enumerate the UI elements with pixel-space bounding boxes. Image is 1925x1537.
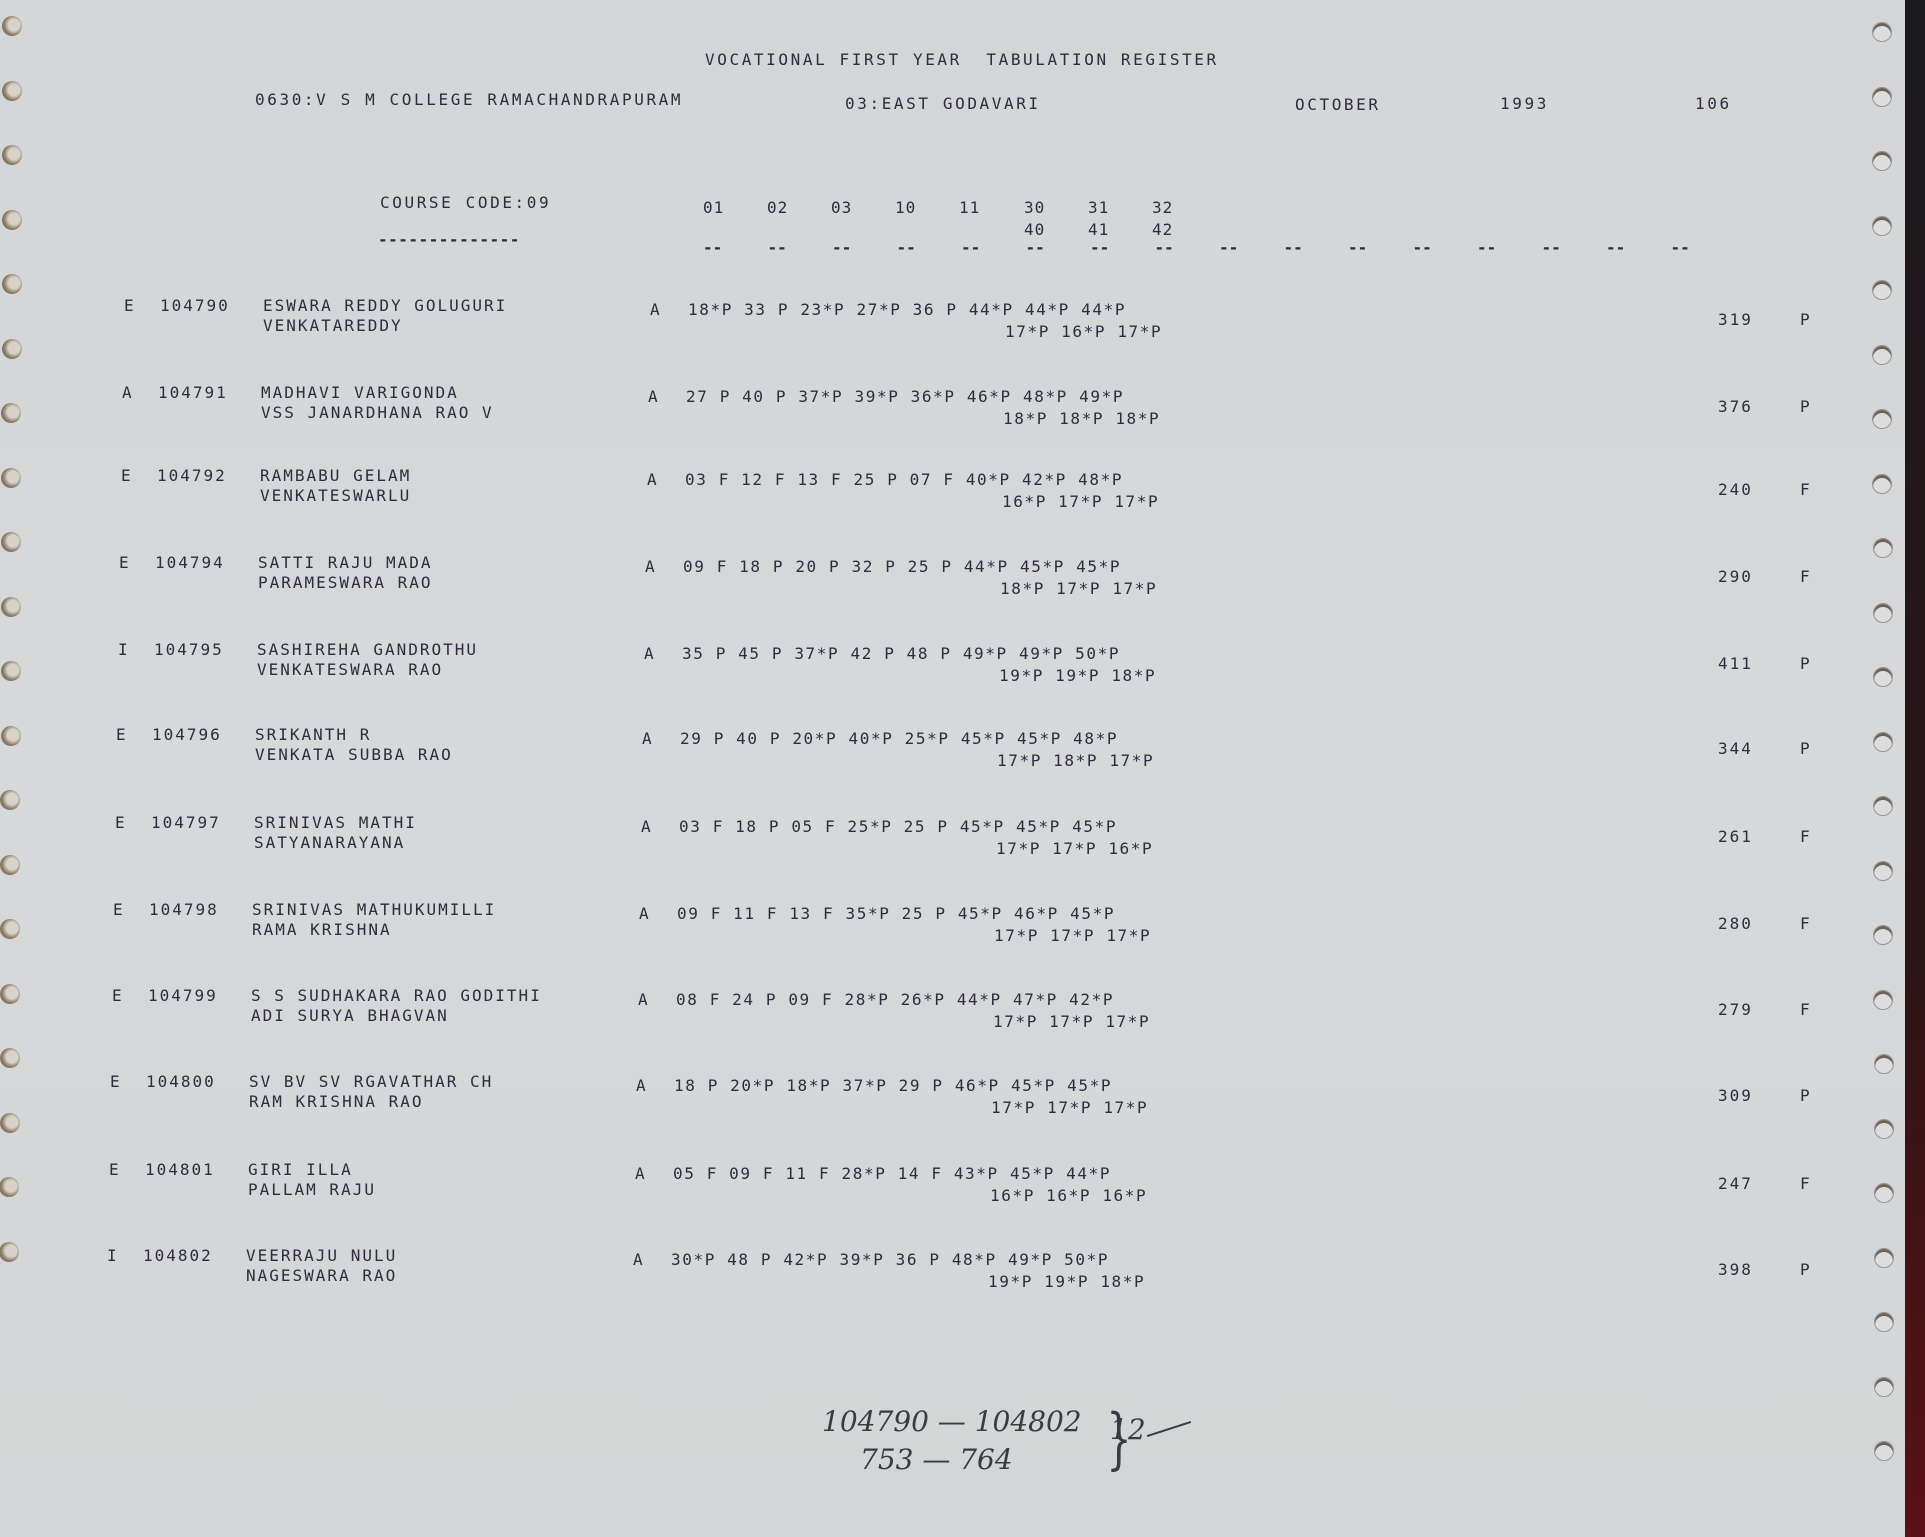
parent-name: VSS JANARDHANA RAO V <box>261 403 494 422</box>
result-status: F <box>1800 827 1812 846</box>
binder-hole <box>1 532 21 552</box>
subject-code: 31 <box>1088 198 1109 217</box>
medium-code: A <box>642 729 654 748</box>
subject-marks-secondary: 16*P 17*P 17*P <box>1002 492 1159 511</box>
handwritten-tick-mark <box>1147 1421 1191 1437</box>
register-number: 104801 <box>145 1160 215 1179</box>
subject-marks: 35 P 45 P 37*P 42 P 48 P 49*P 49*P 50*P <box>682 644 1120 663</box>
student-record-row: E104796SRIKANTH RVENKATA SUBBA RAOA29 P … <box>0 725 1905 785</box>
column-dash: -- <box>1671 238 1690 257</box>
student-record-row: A104791MADHAVI VARIGONDAVSS JANARDHANA R… <box>0 383 1905 443</box>
category-code: E <box>115 813 127 832</box>
student-name: SASHIREHA GANDROTHU <box>257 640 478 659</box>
subject-marks-secondary: 17*P 17*P 17*P <box>994 926 1151 945</box>
subject-code: 32 <box>1152 198 1173 217</box>
course-code-underline: -------------- <box>378 230 520 249</box>
parent-name: RAMA KRISHNA <box>252 920 392 939</box>
handwritten-regno-range: 104790 — 104802 <box>822 1405 1082 1438</box>
subject-code: 03 <box>831 198 852 217</box>
register-number: 104799 <box>148 986 218 1005</box>
subject-marks: 08 F 24 P 09 F 28*P 26*P 44*P 47*P 42*P <box>676 990 1114 1009</box>
binder-hole <box>1872 87 1892 107</box>
category-code: I <box>118 640 130 659</box>
register-number: 104792 <box>157 466 227 485</box>
total-marks: 376 <box>1718 397 1753 416</box>
student-name: SV BV SV RGAVATHAR CH <box>249 1072 493 1091</box>
register-number: 104802 <box>143 1246 213 1265</box>
total-marks: 261 <box>1718 827 1753 846</box>
medium-code: A <box>645 557 657 576</box>
subject-marks-secondary: 17*P 17*P 17*P <box>993 1012 1150 1031</box>
parent-name: VENKATESWARLU <box>260 486 411 505</box>
medium-code: A <box>641 817 653 836</box>
parent-name: NAGESWARA RAO <box>246 1266 397 1285</box>
student-name: MADHAVI VARIGONDA <box>261 383 459 402</box>
column-dash: -- <box>1542 238 1561 257</box>
result-status: P <box>1800 397 1812 416</box>
subject-code: 11 <box>959 198 980 217</box>
column-dash: -- <box>703 238 722 257</box>
binder-hole <box>1872 216 1892 236</box>
result-status: P <box>1800 739 1812 758</box>
result-status: P <box>1800 1260 1812 1279</box>
binder-hole <box>2 16 22 36</box>
total-marks: 398 <box>1718 1260 1753 1279</box>
medium-code: A <box>636 1076 648 1095</box>
column-dash: -- <box>1413 238 1432 257</box>
subject-code-secondary: 42 <box>1152 220 1173 239</box>
register-number: 104796 <box>152 725 222 744</box>
subject-marks-secondary: 17*P 17*P 16*P <box>996 839 1153 858</box>
student-name: S S SUDHAKARA RAO GODITHI <box>251 986 542 1005</box>
register-number: 104797 <box>151 813 221 832</box>
total-marks: 344 <box>1718 739 1753 758</box>
total-marks: 247 <box>1718 1174 1753 1193</box>
subject-marks-secondary: 17*P 18*P 17*P <box>997 751 1154 770</box>
student-record-row: I104795SASHIREHA GANDROTHUVENKATESWARA R… <box>0 640 1905 700</box>
medium-code: A <box>648 387 660 406</box>
binder-hole <box>1874 1054 1894 1074</box>
student-name: RAMBABU GELAM <box>260 466 411 485</box>
result-status: F <box>1800 1174 1812 1193</box>
subject-marks: 18 P 20*P 18*P 37*P 29 P 46*P 45*P 45*P <box>674 1076 1112 1095</box>
register-page: VOCATIONAL FIRST YEAR TABULATION REGISTE… <box>0 0 1905 1537</box>
subject-marks-secondary: 17*P 16*P 17*P <box>1005 322 1162 341</box>
subject-code: 30 <box>1024 198 1045 217</box>
subject-code: 10 <box>895 198 916 217</box>
category-code: A <box>122 383 134 402</box>
student-record-row: I104802VEERRAJU NULUNAGESWARA RAOA30*P 4… <box>0 1246 1905 1306</box>
medium-code: A <box>638 990 650 1009</box>
parent-name: SATYANARAYANA <box>254 833 405 852</box>
medium-code: A <box>647 470 659 489</box>
subject-code: 02 <box>767 198 788 217</box>
register-number: 104791 <box>158 383 228 402</box>
student-name: SRINIVAS MATHUKUMILLI <box>252 900 496 919</box>
handwritten-count: 12 <box>1110 1413 1146 1446</box>
column-dash: -- <box>897 238 916 257</box>
result-status: F <box>1800 1000 1812 1019</box>
subject-marks: 27 P 40 P 37*P 39*P 36*P 46*P 48*P 49*P <box>686 387 1124 406</box>
medium-code: A <box>635 1164 647 1183</box>
total-marks: 290 <box>1718 567 1753 586</box>
course-code-label: COURSE CODE:09 <box>380 193 551 212</box>
register-number: 104794 <box>155 553 225 572</box>
result-status: P <box>1800 654 1812 673</box>
student-record-row: E104798SRINIVAS MATHUKUMILLIRAMA KRISHNA… <box>0 900 1905 960</box>
parent-name: RAM KRISHNA RAO <box>249 1092 424 1111</box>
student-record-row: E104799S S SUDHAKARA RAO GODITHIADI SURY… <box>0 986 1905 1046</box>
column-dash: -- <box>1284 238 1303 257</box>
parent-name: PALLAM RAJU <box>248 1180 376 1199</box>
total-marks: 411 <box>1718 654 1753 673</box>
subject-code: 01 <box>703 198 724 217</box>
subject-marks-secondary: 18*P 17*P 17*P <box>1000 579 1157 598</box>
total-marks: 319 <box>1718 310 1753 329</box>
student-record-row: E104801GIRI ILLAPALLAM RAJUA05 F 09 F 11… <box>0 1160 1905 1220</box>
category-code: I <box>107 1246 119 1265</box>
result-status: P <box>1800 1086 1812 1105</box>
binding-edge <box>1905 0 1925 1537</box>
total-marks: 309 <box>1718 1086 1753 1105</box>
subject-marks: 18*P 33 P 23*P 27*P 36 P 44*P 44*P 44*P <box>688 300 1126 319</box>
binder-hole <box>1874 1377 1894 1397</box>
subject-marks-secondary: 19*P 19*P 18*P <box>999 666 1156 685</box>
binder-hole <box>1872 151 1892 171</box>
medium-code: A <box>633 1250 645 1269</box>
column-dash: -- <box>832 238 851 257</box>
register-number: 104790 <box>160 296 230 315</box>
register-number: 104795 <box>154 640 224 659</box>
binder-hole <box>0 790 20 810</box>
subject-marks: 03 F 18 P 05 F 25*P 25 P 45*P 45*P 45*P <box>679 817 1117 836</box>
subject-marks: 30*P 48 P 42*P 39*P 36 P 48*P 49*P 50*P <box>671 1250 1109 1269</box>
column-dash: -- <box>1348 238 1367 257</box>
column-dash: -- <box>1606 238 1625 257</box>
column-dash: -- <box>1155 238 1174 257</box>
student-name: SRINIVAS MATHI <box>254 813 417 832</box>
total-marks: 279 <box>1718 1000 1753 1019</box>
student-record-row: E104792RAMBABU GELAMVENKATESWARLUA03 F 1… <box>0 466 1905 526</box>
student-name: GIRI ILLA <box>248 1160 353 1179</box>
subject-marks: 09 F 18 P 20 P 32 P 25 P 44*P 45*P 45*P <box>683 557 1121 576</box>
subject-code-secondary: 41 <box>1088 220 1109 239</box>
exam-year: 1993 <box>1500 94 1549 113</box>
category-code: E <box>109 1160 121 1179</box>
binder-hole <box>1874 1441 1894 1461</box>
subject-marks-secondary: 19*P 19*P 18*P <box>988 1272 1145 1291</box>
total-marks: 280 <box>1718 914 1753 933</box>
parent-name: VENKATAREDDY <box>263 316 403 335</box>
subject-marks-secondary: 16*P 16*P 16*P <box>990 1186 1147 1205</box>
parent-name: VENKATA SUBBA RAO <box>255 745 453 764</box>
subject-marks-secondary: 17*P 17*P 17*P <box>991 1098 1148 1117</box>
register-number: 104800 <box>146 1072 216 1091</box>
result-status: F <box>1800 567 1812 586</box>
page-number: 106 <box>1695 94 1732 113</box>
subject-marks-secondary: 18*P 18*P 18*P <box>1003 409 1160 428</box>
subject-code-secondary: 40 <box>1024 220 1045 239</box>
binder-hole <box>2 274 22 294</box>
medium-code: A <box>644 644 656 663</box>
subject-marks: 05 F 09 F 11 F 28*P 14 F 43*P 45*P 44*P <box>673 1164 1111 1183</box>
student-name: VEERRAJU NULU <box>246 1246 397 1265</box>
college-name: 0630:V S M COLLEGE RAMACHANDRAPURAM <box>255 90 683 109</box>
column-dash: -- <box>1090 238 1109 257</box>
total-marks: 240 <box>1718 480 1753 499</box>
binder-hole <box>2 81 22 101</box>
binder-hole <box>1872 22 1892 42</box>
student-record-row: E104794SATTI RAJU MADAPARAMESWARA RAOA09… <box>0 553 1905 613</box>
category-code: E <box>116 725 128 744</box>
category-code: E <box>112 986 124 1005</box>
district-name: 03:EAST GODAVARI <box>845 94 1041 113</box>
column-dash: -- <box>961 238 980 257</box>
handwritten-serial-range: 753 — 764 <box>860 1443 1013 1476</box>
result-status: F <box>1800 480 1812 499</box>
binder-hole <box>2 210 22 230</box>
register-title: VOCATIONAL FIRST YEAR TABULATION REGISTE… <box>705 50 1219 69</box>
student-name: SRIKANTH R <box>255 725 371 744</box>
subject-marks: 29 P 40 P 20*P 40*P 25*P 45*P 45*P 48*P <box>680 729 1118 748</box>
category-code: E <box>119 553 131 572</box>
subject-marks: 09 F 11 F 13 F 35*P 25 P 45*P 46*P 45*P <box>677 904 1115 923</box>
column-dash: -- <box>768 238 787 257</box>
column-dash: -- <box>1026 238 1045 257</box>
category-code: E <box>113 900 125 919</box>
binder-hole <box>0 1048 20 1068</box>
category-code: E <box>124 296 136 315</box>
category-code: E <box>110 1072 122 1091</box>
medium-code: A <box>650 300 662 319</box>
student-record-row: E104790ESWARA REDDY GOLUGURIVENKATAREDDY… <box>0 296 1905 356</box>
register-number: 104798 <box>149 900 219 919</box>
binder-hole <box>1874 1312 1894 1332</box>
parent-name: PARAMESWARA RAO <box>258 573 433 592</box>
binder-hole <box>2 145 22 165</box>
column-dash: -- <box>1477 238 1496 257</box>
parent-name: ADI SURYA BHAGVAN <box>251 1006 449 1025</box>
student-record-row: E104797SRINIVAS MATHISATYANARAYANAA03 F … <box>0 813 1905 873</box>
parent-name: VENKATESWARA RAO <box>257 660 443 679</box>
student-name: ESWARA REDDY GOLUGURI <box>263 296 507 315</box>
student-record-row: E104800SV BV SV RGAVATHAR CHRAM KRISHNA … <box>0 1072 1905 1132</box>
subject-marks: 03 F 12 F 13 F 25 P 07 F 40*P 42*P 48*P <box>685 470 1123 489</box>
student-name: SATTI RAJU MADA <box>258 553 433 572</box>
medium-code: A <box>639 904 651 923</box>
category-code: E <box>121 466 133 485</box>
exam-month: OCTOBER <box>1295 95 1381 114</box>
column-dash: -- <box>1219 238 1238 257</box>
result-status: P <box>1800 310 1812 329</box>
result-status: F <box>1800 914 1812 933</box>
